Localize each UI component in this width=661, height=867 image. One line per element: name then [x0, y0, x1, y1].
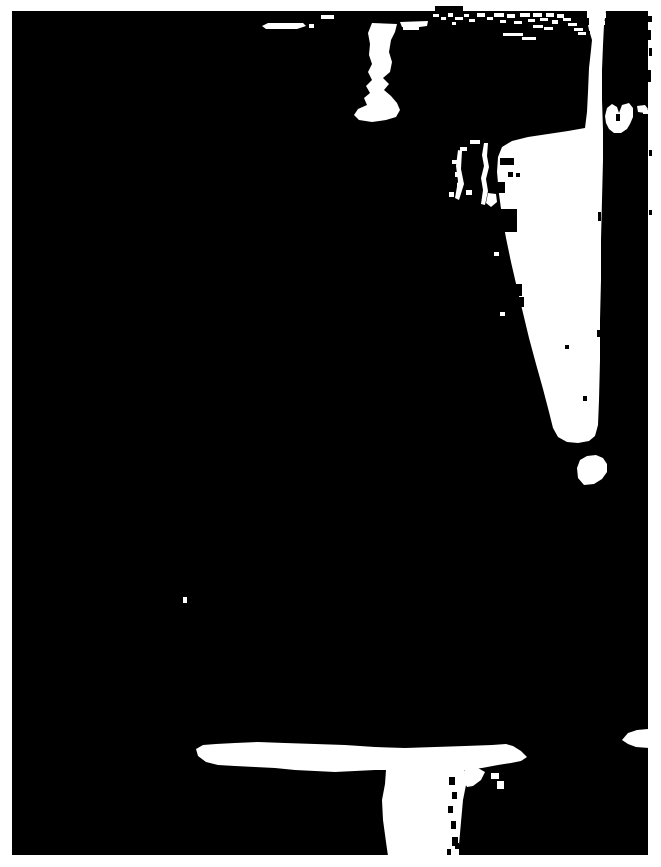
top-speckle-field-part: [520, 13, 530, 17]
stem-black-speckles-part: [448, 806, 453, 813]
margin-black-nicks-part: [649, 150, 652, 156]
margin-black-nicks-part: [648, 30, 651, 40]
top-speckle-field-part: [494, 13, 504, 17]
top-speckle-field-part: [568, 23, 577, 26]
stem-black-speckles-part: [452, 792, 457, 799]
top-speckle-field-part: [544, 27, 553, 30]
top-speckle-field-part: [533, 13, 542, 17]
right-edge-blob-notch: [616, 114, 620, 121]
funnel-black-marks-part: [585, 18, 589, 25]
top-speckle-field-part: [540, 18, 548, 21]
top-speckle-field-part: [563, 18, 571, 21]
rod-left-dot: [309, 24, 314, 28]
top-speckle-field-part: [441, 17, 446, 20]
top-speckle-field-part: [533, 25, 543, 28]
top-speckle-field-part: [552, 20, 558, 24]
top-speckle-field-part: [500, 20, 506, 23]
photo-svg: [0, 0, 661, 867]
funnel-black-marks-part: [508, 172, 513, 177]
stem-black-speckles-part: [449, 777, 455, 785]
funnel-black-marks-part: [500, 158, 514, 165]
funnel-left-debris-part: [500, 312, 505, 316]
funnel-left-debris-part: [466, 190, 472, 195]
margin-black-nicks-part: [649, 48, 652, 56]
margin-black-nicks-part: [649, 210, 652, 215]
funnel-left-debris-part: [452, 160, 457, 164]
top-speckle-field-part: [487, 17, 493, 20]
funnel-black-marks-part: [506, 284, 522, 296]
rod-right-streak-2: [403, 27, 419, 30]
rim-underside-bits-part: [497, 781, 504, 789]
top-speckle-field-part: [452, 22, 456, 25]
top-speckle-field-part: [433, 14, 439, 17]
top-speckle-field-part: [514, 21, 522, 24]
top-speckle-field-part: [455, 17, 463, 20]
top-speckle-field-part: [503, 33, 523, 36]
top-speckle-field-part: [557, 14, 564, 18]
top-speckle-field-part: [477, 13, 485, 17]
top-speckle-field-part: [464, 14, 469, 17]
stem-black-speckles-part: [455, 843, 459, 849]
top-speckle-field-part: [507, 14, 515, 18]
margin-black-nicks-part: [648, 70, 651, 82]
mid-left-speck: [183, 597, 187, 603]
top-speckle-field-part: [522, 37, 536, 40]
funnel-black-marks-part: [586, 31, 590, 37]
margin-black-nicks-part: [648, 16, 652, 22]
top-speckle-field-part: [528, 19, 535, 22]
funnel-black-marks-part: [494, 182, 505, 193]
funnel-black-marks-part: [512, 297, 524, 307]
funnel-black-marks-part: [516, 173, 520, 177]
funnel-left-debris-part: [470, 140, 480, 144]
top-speckle-field-part: [574, 28, 583, 31]
top-speckle-field-part: [469, 19, 475, 22]
funnel-left-debris-part: [449, 192, 454, 197]
stem-black-speckles-part: [451, 821, 456, 829]
funnel-left-debris-part: [494, 252, 499, 256]
top-left-dash: [321, 15, 334, 19]
funnel-black-marks-part: [583, 396, 587, 401]
funnel-black-marks-part: [597, 330, 600, 337]
top-speckle-field-part: [448, 13, 453, 17]
funnel-left-debris-part: [460, 147, 467, 151]
stem-black-speckles-part: [447, 849, 451, 855]
funnel-black-marks-part: [565, 345, 569, 349]
funnel-black-marks-part: [598, 212, 601, 221]
margin-black-nicks-part: [435, 6, 463, 11]
funnel-black-marks-part: [584, 44, 587, 51]
right-edge-comma-dash: [643, 110, 652, 114]
top-speckle-field-part: [546, 13, 554, 17]
rod-left-streak: [262, 23, 306, 29]
funnel-black-marks-part: [497, 209, 517, 232]
rim-underside-bits-part: [491, 773, 499, 779]
page-background: [0, 0, 661, 867]
